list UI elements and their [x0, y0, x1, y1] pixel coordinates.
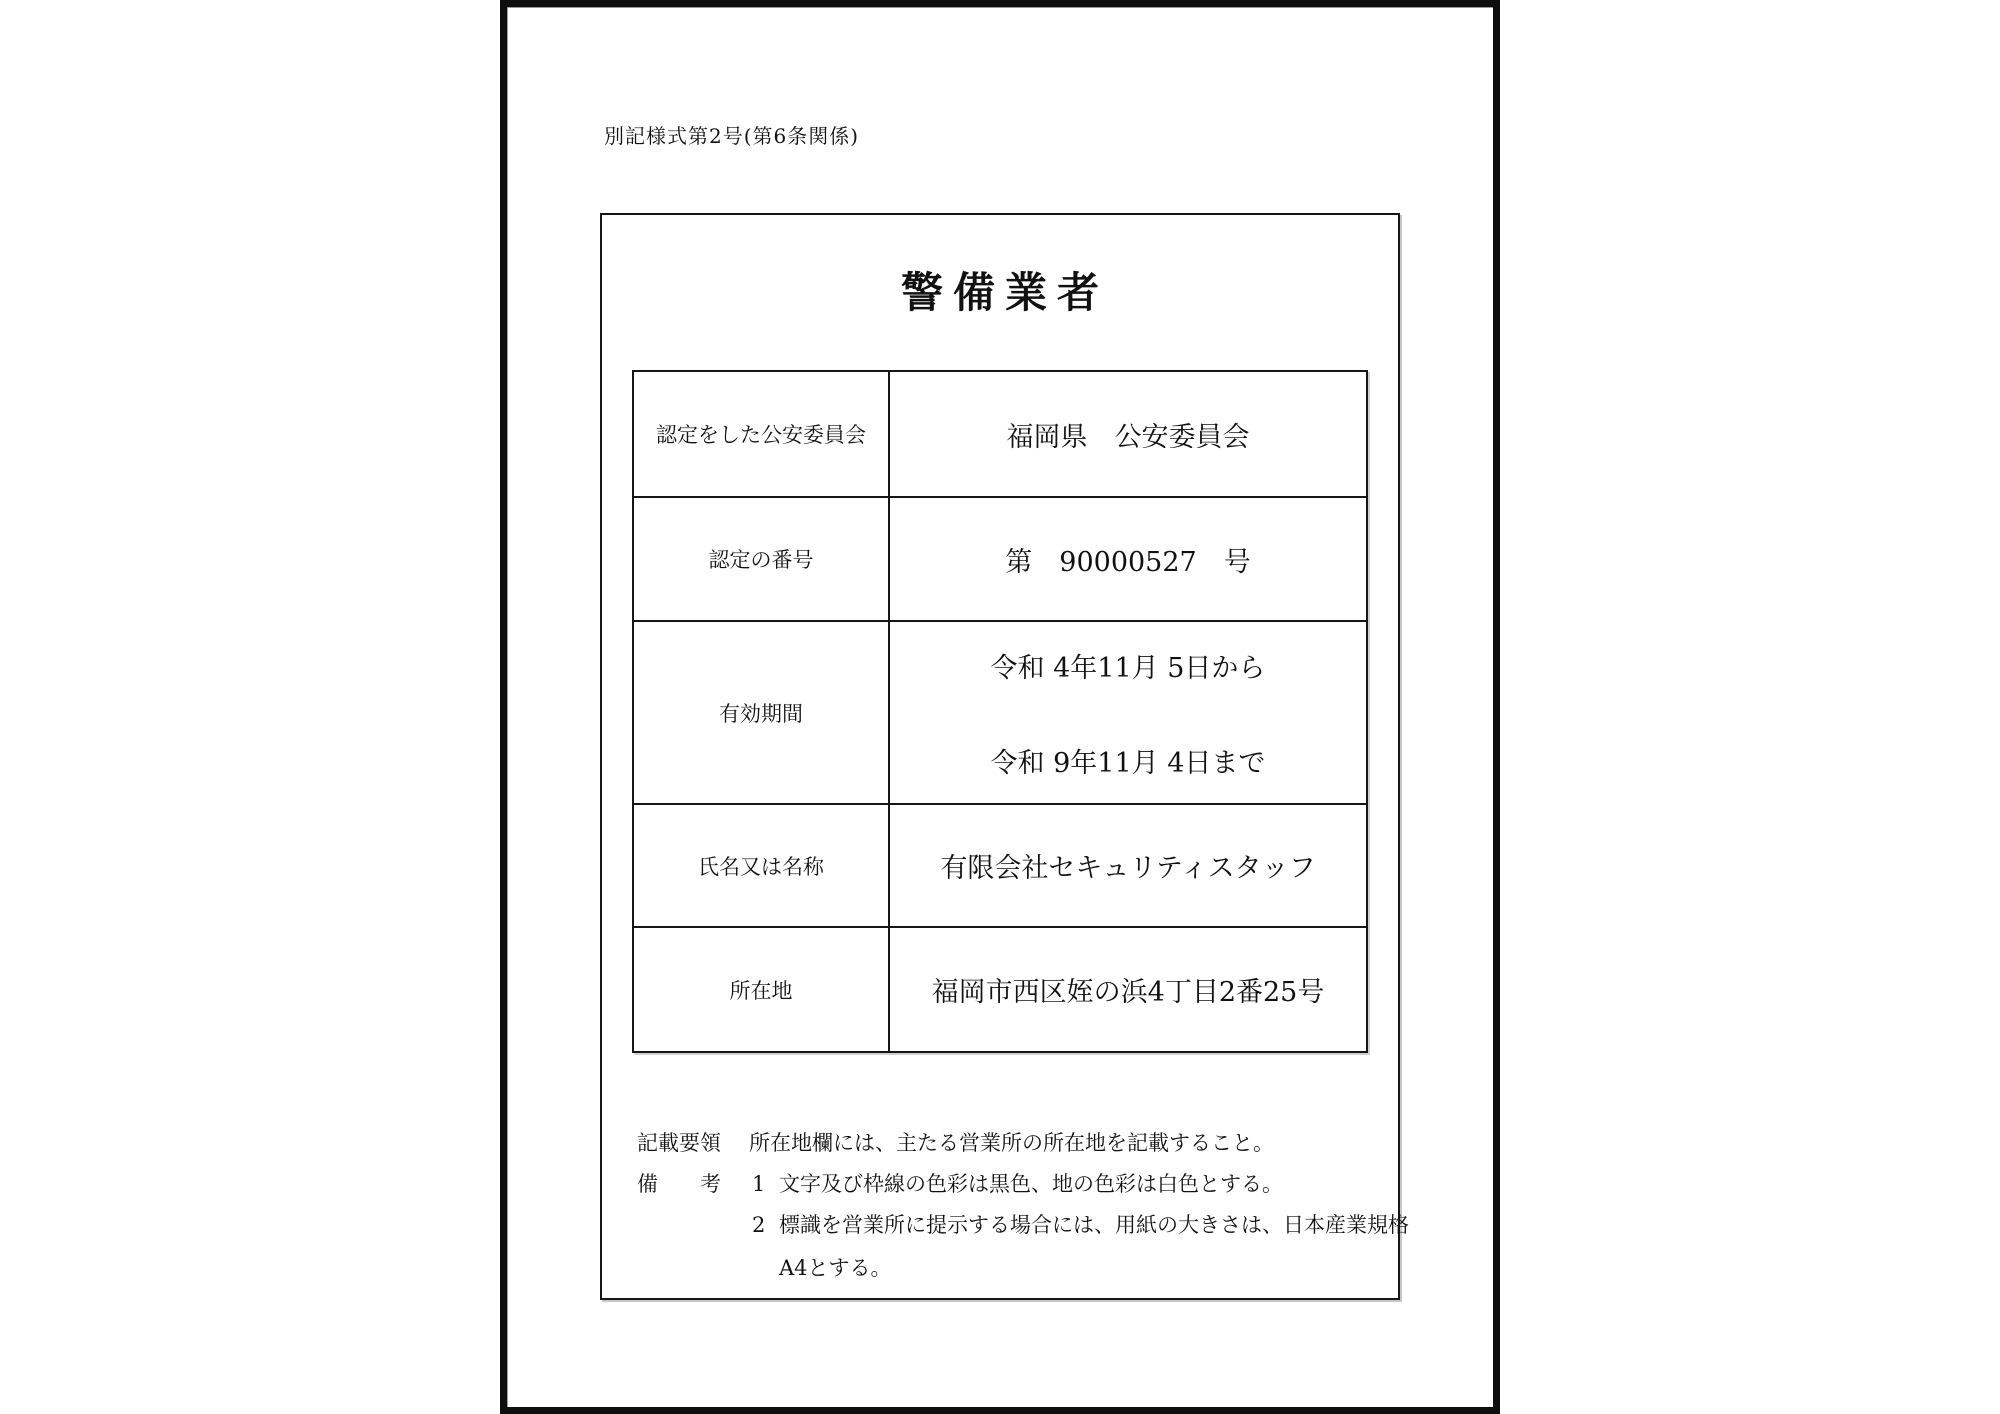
note-item2-continuation: A4とする。 [779, 1253, 892, 1283]
row-validity-period-label: 有効期間 [634, 622, 890, 805]
note-yoryo-text: 所在地欄には、主たる営業所の所在地を記載すること。 [749, 1128, 1274, 1158]
certificate-table: 認定をした公安委員会 福岡県 公安委員会 認定の番号 第 90000527 号 … [632, 370, 1368, 1053]
validity-start-date: 令和 4年11月 5日から [991, 646, 1266, 685]
certificate-title: 警備業者 [600, 260, 1400, 320]
row-certifying-commission-label: 認定をした公安委員会 [634, 372, 890, 498]
validity-end-date: 令和 9年11月 4日まで [991, 741, 1266, 780]
row-certification-number-value: 第 90000527 号 [890, 498, 1366, 622]
row-certification-number-label: 認定の番号 [634, 498, 890, 622]
row-name-label: 氏名又は名称 [634, 805, 890, 928]
note-yoryo-label: 記載要領 [637, 1128, 721, 1158]
document-canvas: 別記様式第2号(第6条関係) 警備業者 認定をした公安委員会 福岡県 公安委員会… [0, 0, 2000, 1414]
form-number-label: 別記様式第2号(第6条関係) [604, 120, 859, 149]
row-address-label: 所在地 [634, 928, 890, 1051]
row-name-value: 有限会社セキュリティスタッフ [890, 805, 1366, 928]
note-item1-number: 1 [752, 1169, 765, 1199]
row-address-value: 福岡市西区姪の浜4丁目2番25号 [890, 928, 1366, 1051]
note-item2-number: 2 [752, 1210, 765, 1240]
note-item1-text: 文字及び枠線の色彩は黒色、地の色彩は白色とする。 [779, 1169, 1283, 1199]
note-item2-text: 標識を営業所に提示する場合には、用紙の大きさは、日本産業規格 [779, 1210, 1409, 1240]
row-validity-period-value: 令和 4年11月 5日から 令和 9年11月 4日まで [890, 622, 1366, 805]
note-biko-label: 備 考 [637, 1169, 721, 1199]
row-certifying-commission-value: 福岡県 公安委員会 [890, 372, 1366, 498]
